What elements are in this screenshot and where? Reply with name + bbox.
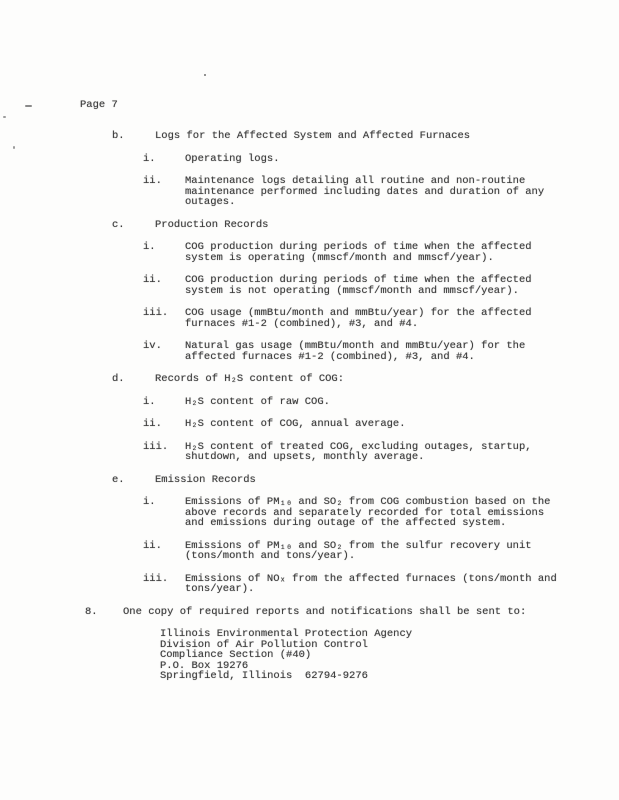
item-label: ii. <box>143 541 185 562</box>
item-text: H₂S content of COG, annual average. <box>185 419 619 430</box>
item-label: iii. <box>143 442 185 463</box>
section-title: Records of H₂S content of COG: <box>155 374 619 385</box>
list-item: ii. H₂S content of COG, annual average. <box>0 419 619 430</box>
scan-artifact <box>204 74 206 76</box>
item-label: 8. <box>85 607 123 618</box>
item-text: Emissions of NOₓ from the affected furna… <box>185 574 619 595</box>
item-text: One copy of required reports and notific… <box>123 607 619 618</box>
item-text: COG usage (mmBtu/month and mmBtu/year) f… <box>185 308 619 329</box>
item-label: i. <box>143 397 185 408</box>
item-text: Emissions of PM₁₀ and SO₂ from the sulfu… <box>185 541 619 562</box>
item-text: COG production during periods of time wh… <box>185 275 619 296</box>
section-heading-b: b. Logs for the Affected System and Affe… <box>0 131 619 142</box>
list-item: ii. Maintenance logs detailing all routi… <box>0 176 619 208</box>
item-text: H₂S content of raw COG. <box>185 397 619 408</box>
list-item: iii. Emissions of NOₓ from the affected … <box>0 574 619 595</box>
list-item: iv. Natural gas usage (mmBtu/month and m… <box>0 341 619 362</box>
scan-artifact <box>25 105 32 107</box>
section-heading-e: e. Emission Records <box>0 475 619 486</box>
section-label: c. <box>112 220 155 231</box>
item-text: COG production during periods of time wh… <box>185 242 619 263</box>
item-label: ii. <box>143 275 185 296</box>
list-item: iii. COG usage (mmBtu/month and mmBtu/ye… <box>0 308 619 329</box>
section-title: Production Records <box>155 220 619 231</box>
item-label: i. <box>143 154 185 165</box>
item-label: i. <box>143 497 185 529</box>
item-label: ii. <box>143 419 185 430</box>
mailing-address: Illinois Environmental Protection Agency… <box>160 629 619 682</box>
document-body: b. Logs for the Affected System and Affe… <box>0 131 619 694</box>
scan-artifact <box>3 116 6 118</box>
page-number-label: Page 7 <box>80 100 118 111</box>
section-label: e. <box>112 475 155 486</box>
item-label: ii. <box>143 176 185 208</box>
list-item: ii. COG production during periods of tim… <box>0 275 619 296</box>
item-label: iii. <box>143 308 185 329</box>
list-item: iii. H₂S content of treated COG, excludi… <box>0 442 619 463</box>
item-text: Emissions of PM₁₀ and SO₂ from COG combu… <box>185 497 619 529</box>
section-title: Emission Records <box>155 475 619 486</box>
list-item: i. Operating logs. <box>0 154 619 165</box>
section-label: b. <box>112 131 155 142</box>
section-label: d. <box>112 374 155 385</box>
item-label: iv. <box>143 341 185 362</box>
scanned-document-page: Page 7 b. Logs for the Affected System a… <box>0 0 619 800</box>
item-text: Natural gas usage (mmBtu/month and mmBtu… <box>185 341 619 362</box>
section-heading-d: d. Records of H₂S content of COG: <box>0 374 619 385</box>
item-text: H₂S content of treated COG, excluding ou… <box>185 442 619 463</box>
list-item: i. H₂S content of raw COG. <box>0 397 619 408</box>
item-label: iii. <box>143 574 185 595</box>
list-item: i. COG production during periods of time… <box>0 242 619 263</box>
item-text: Maintenance logs detailing all routine a… <box>185 176 619 208</box>
section-heading-c: c. Production Records <box>0 220 619 231</box>
list-item: ii. Emissions of PM₁₀ and SO₂ from the s… <box>0 541 619 562</box>
item-label: i. <box>143 242 185 263</box>
item-text: Operating logs. <box>185 154 619 165</box>
numbered-item-8: 8. One copy of required reports and noti… <box>0 607 619 618</box>
list-item: i. Emissions of PM₁₀ and SO₂ from COG co… <box>0 497 619 529</box>
section-title: Logs for the Affected System and Affecte… <box>155 131 619 142</box>
